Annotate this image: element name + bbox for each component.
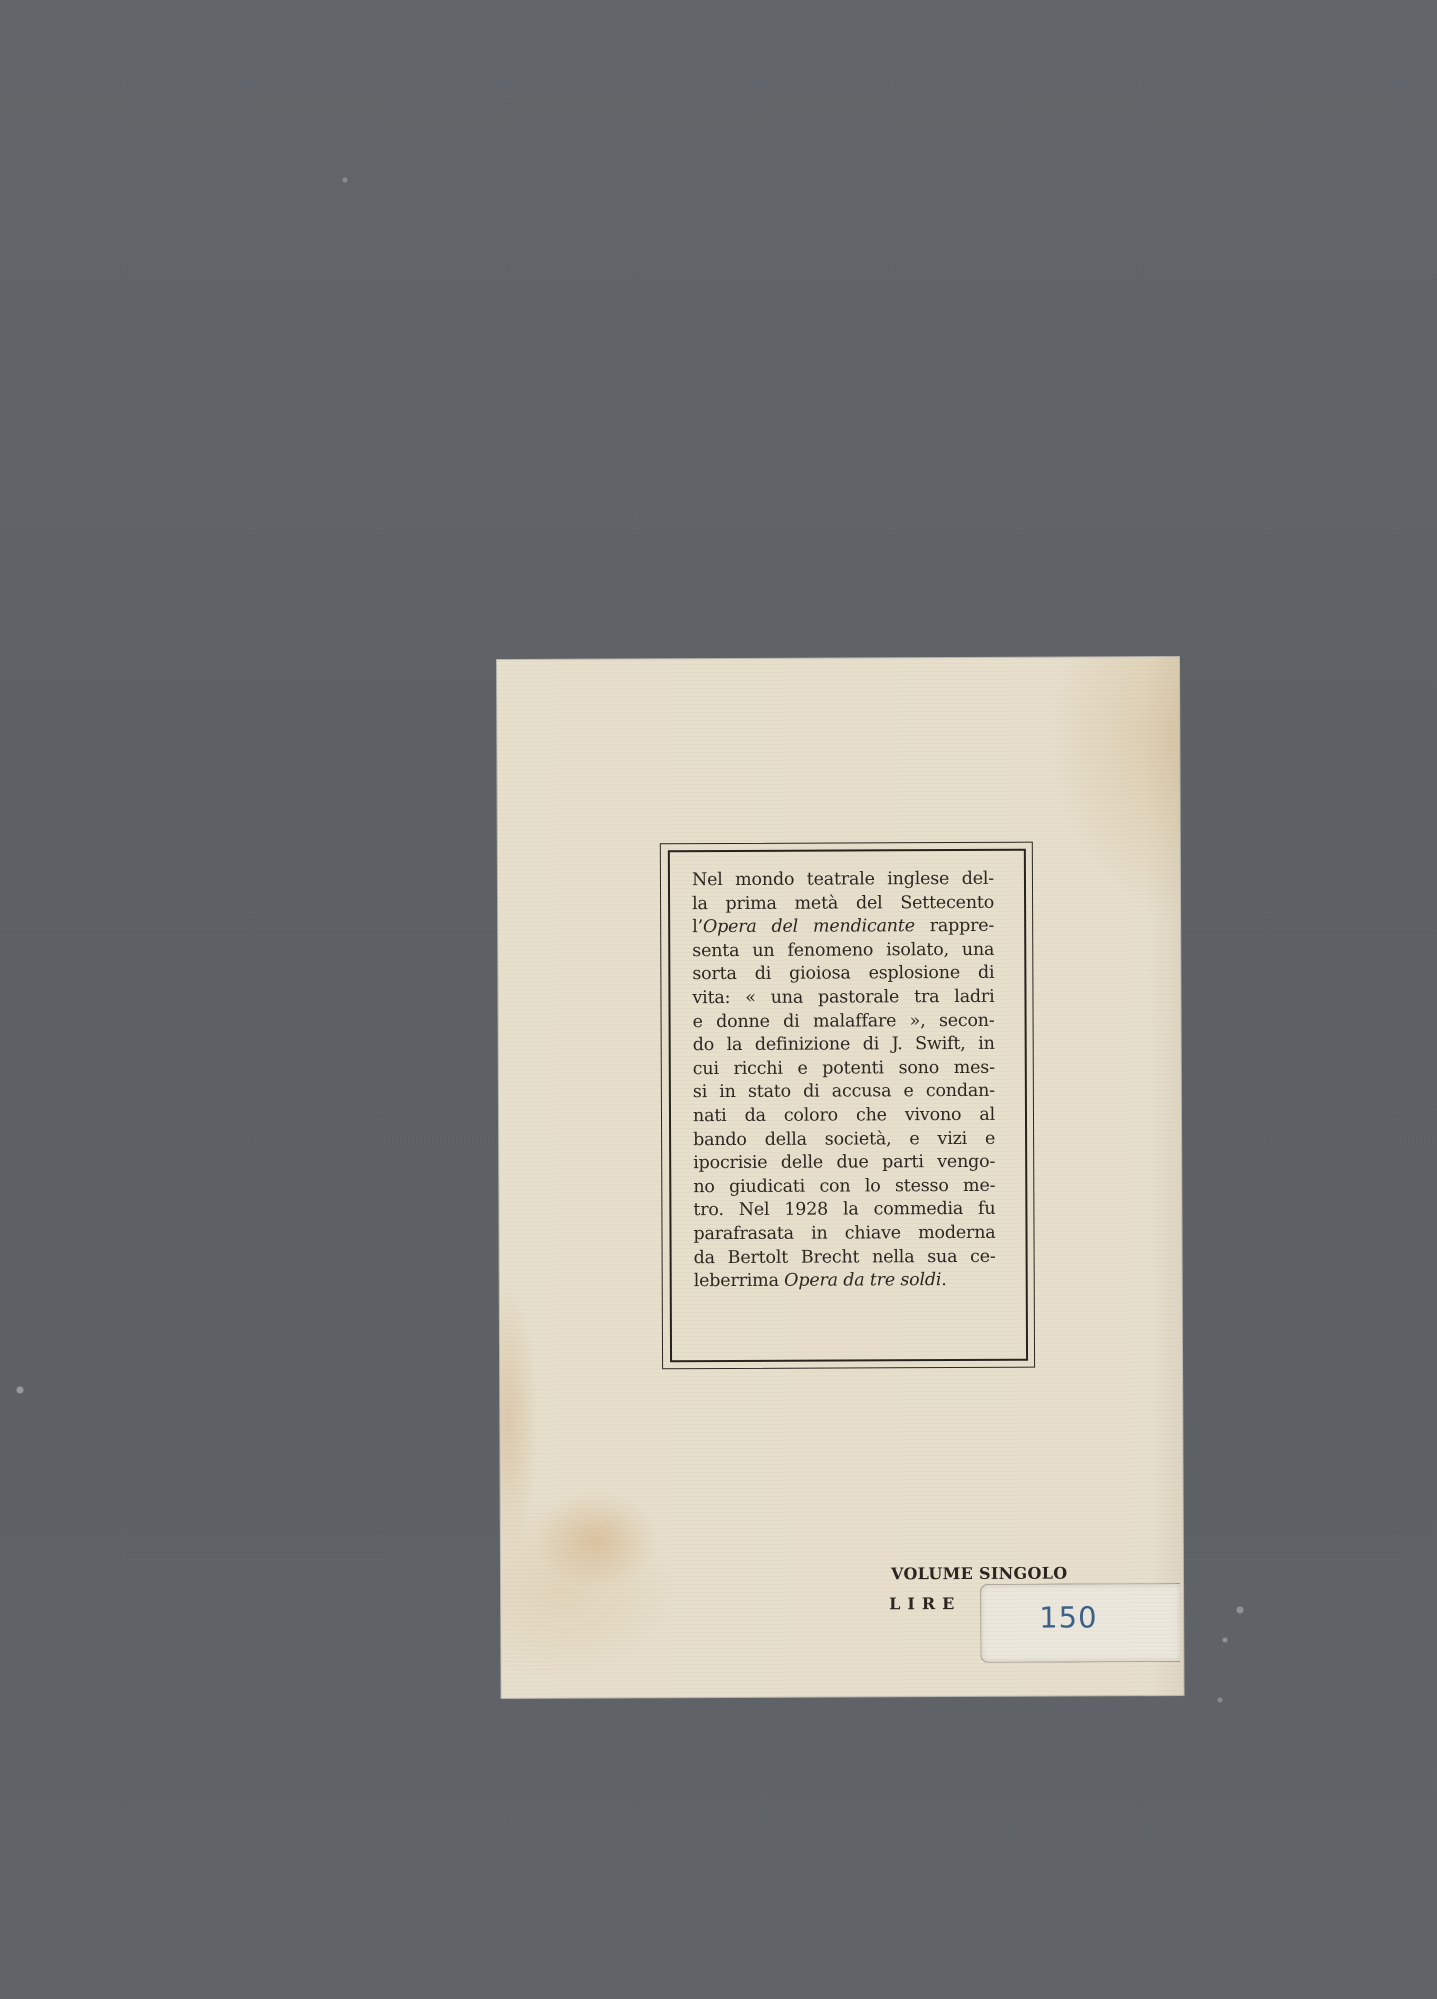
blurb-line: leberrima Opera da tre soldi. bbox=[694, 1269, 996, 1294]
blurb-line: no giudicati con lo stesso me- bbox=[693, 1175, 995, 1200]
price-sticker: 150 bbox=[980, 1583, 1180, 1663]
blurb-line: senta un fenomeno isolato, una bbox=[692, 939, 994, 964]
blurb-line: Nel mondo teatrale inglese del- bbox=[692, 868, 994, 893]
currency-label: LIRE bbox=[889, 1594, 961, 1613]
blurb-line: si in stato di accusa e condan- bbox=[693, 1080, 995, 1105]
blurb-line: bando della società, e vizi e bbox=[693, 1127, 995, 1152]
price-value: 150 bbox=[1039, 1600, 1098, 1634]
blurb-line: l’Opera del mendicante rappre- bbox=[692, 915, 994, 940]
blurb-line: e donne di malaffare », secon- bbox=[693, 1009, 995, 1034]
blurb-line: cui ricchi e potenti sono mes- bbox=[693, 1057, 995, 1082]
blurb-line: ipocrisie delle due parti vengo- bbox=[693, 1151, 995, 1176]
blurb-line: la prima metà del Settecento bbox=[692, 891, 994, 916]
blurb-frame-outer: Nel mondo teatrale inglese del- la prima… bbox=[660, 842, 1035, 1370]
volume-label: VOLUME SINGOLO bbox=[891, 1564, 1068, 1584]
book-back-cover: Nel mondo teatrale inglese del- la prima… bbox=[497, 657, 1184, 1698]
blurb-line: sorta di gioiosa esplosione di bbox=[692, 962, 994, 987]
blurb-line: vita: « una pastorale tra ladri bbox=[692, 986, 994, 1011]
blurb-line: nati da coloro che vivono al bbox=[693, 1104, 995, 1129]
blurb-line: parafrasata in chiave moderna bbox=[693, 1222, 995, 1247]
blurb-line: do la definizione di J. Swift, in bbox=[693, 1033, 995, 1058]
title-italic: Opera del mendicante bbox=[703, 916, 915, 937]
title-italic: Opera da tre soldi bbox=[784, 1270, 941, 1291]
blurb-line: da Bertolt Brecht nella sua ce- bbox=[694, 1245, 996, 1270]
blurb-line: tro. Nel 1928 la commedia fu bbox=[693, 1198, 995, 1223]
blurb-text: Nel mondo teatrale inglese del- la prima… bbox=[692, 868, 996, 1294]
